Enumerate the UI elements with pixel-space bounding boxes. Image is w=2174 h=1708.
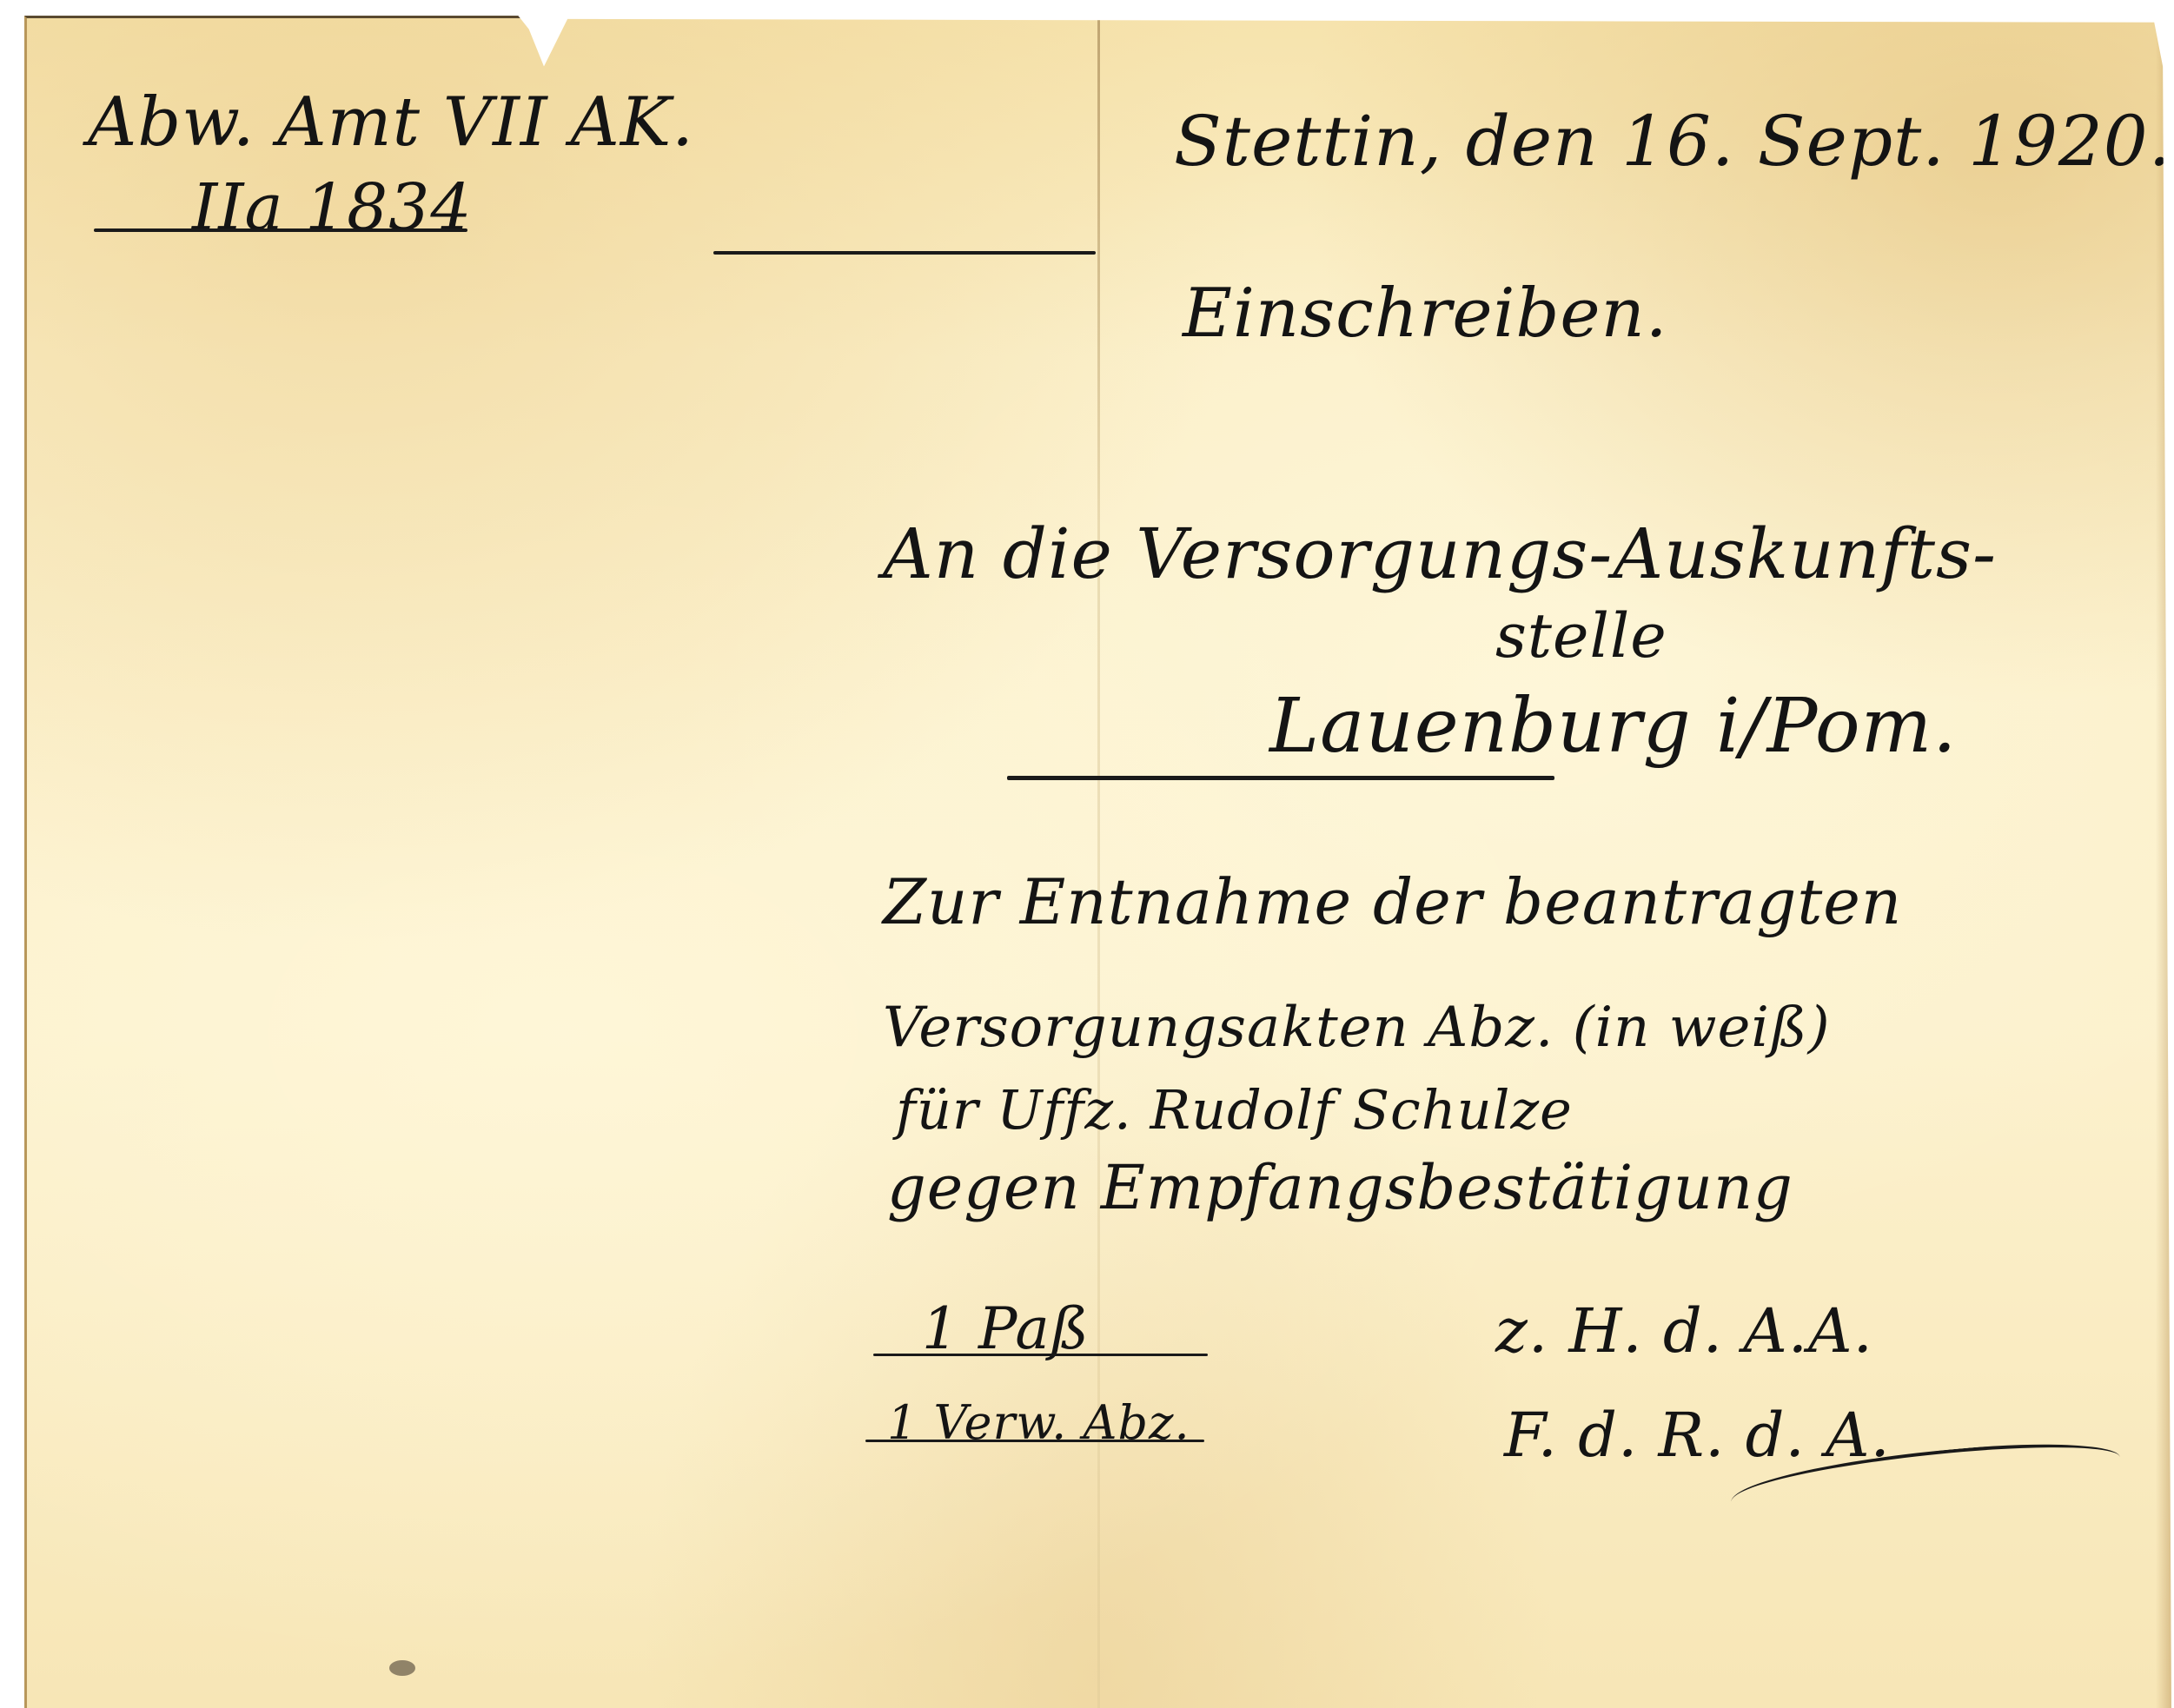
addressee-underline <box>1007 776 1554 780</box>
registered-mail-label: Einschreiben. <box>1183 275 1668 353</box>
document-paper: Abw. Amt VII AK. IIa 1834 Stettin, den 1… <box>24 16 2171 1708</box>
signature-line-1: z. H. d. A.A. <box>1495 1295 1873 1367</box>
signature-line-2: F. d. R. d. A. <box>1504 1400 1891 1471</box>
paper-edge-stain <box>2156 18 2171 1708</box>
body-line-1: Zur Entnahme der beantragten <box>883 865 1902 938</box>
addressee-line-2: stelle <box>1495 600 1667 672</box>
body-line-4: gegen Empfangsbestätigung <box>887 1152 1793 1223</box>
place-and-date: Stettin, den 16. Sept. 1920. <box>1174 101 2171 182</box>
addressee-line-1: An die Versorgungs-Auskunfts- <box>883 513 1997 594</box>
body-line-3: für Uffz. Rudolf Schulze <box>896 1078 1573 1142</box>
enclosure-1: 1 Paß <box>922 1295 1090 1362</box>
reference-number: IIa 1834 <box>192 170 472 245</box>
reference-office: Abw. Amt VII AK. <box>88 83 694 162</box>
body-line-2: Versorgungsakten Abz. (in weiß) <box>883 996 1831 1060</box>
addressee-city: Lauenburg i/Pom. <box>1269 683 1958 770</box>
enclosure-1-underline <box>873 1354 1208 1356</box>
ink-smudge <box>389 1660 415 1676</box>
registered-underline <box>713 251 1096 255</box>
reference-underline <box>94 228 467 232</box>
center-fold-crease <box>1097 18 1100 1708</box>
enclosure-2-underline <box>865 1440 1204 1442</box>
